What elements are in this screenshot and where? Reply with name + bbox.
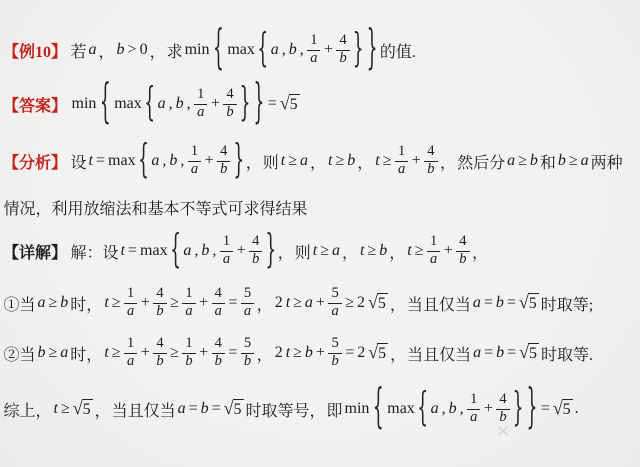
fraction: 5a	[241, 286, 254, 320]
fraction: 1a	[307, 33, 320, 67]
brace: {	[138, 141, 149, 180]
numerator: 4	[336, 33, 349, 51]
math-variable: a	[303, 294, 314, 312]
math-variable: t	[284, 344, 291, 362]
numerator: 4	[212, 336, 225, 354]
math-roman: =	[483, 344, 495, 362]
denominator: a	[398, 162, 405, 178]
numerator: 5	[241, 286, 254, 304]
numerator: 1	[124, 286, 137, 304]
radicand: 5	[528, 293, 539, 313]
fraction: 5b	[328, 336, 341, 370]
math-variable: a	[506, 152, 517, 170]
case2-line: ②当b≥a时，t≥1a+4b≥1b+4b=5b，2t≥b+5b=2√5，当且仅当…	[3, 328, 638, 378]
text: ，	[245, 150, 262, 173]
fraction: 1a	[395, 144, 408, 178]
math-variable: t	[359, 242, 366, 260]
text: ，	[342, 240, 359, 263]
sqrt-expression: √5	[73, 399, 93, 419]
analysis-line-label: 【分析】	[3, 150, 67, 173]
text: 和	[539, 150, 556, 173]
fraction: 4b	[217, 144, 230, 178]
math-variable: a	[579, 152, 590, 170]
brace: {	[257, 30, 268, 69]
numerator: 1	[220, 234, 233, 252]
sqrt-expression: √5	[224, 399, 244, 419]
sqrt-expression: √5	[519, 293, 539, 313]
math-variable: b	[556, 152, 567, 170]
denominator: b	[331, 354, 338, 370]
math-roman: ≥	[517, 152, 529, 170]
math-variable: b	[115, 41, 126, 59]
math-variable: a	[59, 344, 70, 362]
brace: }	[526, 386, 537, 433]
math-roman: ≥	[334, 152, 346, 170]
math-variable: a	[87, 41, 98, 59]
math-variable: b	[495, 344, 506, 362]
math-variable: a	[299, 152, 310, 170]
math-roman: ≥	[110, 294, 122, 312]
fraction: 1a	[194, 87, 207, 121]
math-roman: min	[183, 41, 211, 59]
math-roman: 2	[273, 344, 284, 362]
radicand: 5	[233, 399, 244, 419]
text: 然后分	[457, 150, 506, 173]
numerator: 4	[153, 336, 166, 354]
math-variable: b	[528, 152, 539, 170]
text: 情况，利用放缩法和基本不等式可求得结果	[3, 196, 308, 219]
case1-line: ①当a≥b时，t≥1a+4b≥1a+4a=5a，2t≥a+5a≥2√5，当且仅当…	[3, 278, 638, 328]
text: ，	[277, 240, 294, 263]
brace: }	[513, 389, 524, 428]
fraction: 4b	[153, 336, 166, 370]
math-variable: t	[103, 294, 110, 312]
brace: {	[100, 81, 111, 128]
document-body: 【例10】若a，b>0，求min{max{a,b,1a+4b}}的值.【答案】m…	[0, 0, 640, 440]
math-roman: +	[139, 344, 151, 362]
math-roman: +	[482, 400, 494, 418]
math-roman: 0	[138, 41, 149, 59]
math-roman: ≥	[292, 294, 304, 312]
math-roman: =	[187, 400, 199, 418]
example-line: 【例10】若a，b>0，求min{max{a,b,1a+4b}}的值.	[3, 24, 638, 76]
brace: }	[353, 30, 364, 69]
math-roman: +	[314, 294, 326, 312]
math-roman: =	[539, 400, 551, 418]
radicand: 5	[289, 94, 300, 114]
text: 时取等号，	[245, 398, 326, 421]
radicand: 5	[528, 343, 539, 363]
brace: }	[367, 27, 378, 74]
text: 当且仅当	[406, 292, 471, 315]
fraction: 4b	[336, 33, 349, 67]
math-roman: max	[113, 95, 144, 113]
text: 时取等;	[540, 292, 593, 315]
text: 时取等.	[540, 342, 593, 365]
text: 的值.	[379, 39, 416, 62]
text: 时，	[70, 342, 103, 365]
math-roman: max	[107, 152, 138, 170]
math-variable: b	[378, 242, 389, 260]
math-roman: ,	[298, 41, 305, 59]
math-roman: ≥	[413, 242, 425, 260]
fraction: 1a	[427, 234, 440, 268]
numerator: 1	[194, 87, 207, 105]
text: 求	[166, 39, 183, 62]
numerator: 4	[153, 286, 166, 304]
math-roman: max	[226, 41, 257, 59]
numerator: 4	[496, 392, 509, 410]
math-roman: =	[344, 344, 356, 362]
denominator: a	[244, 304, 251, 320]
brace: {	[373, 386, 384, 433]
numerator: 1	[182, 286, 195, 304]
math-roman: ,	[167, 95, 174, 113]
math-roman: +	[322, 41, 334, 59]
solution-line: 【详解】解：设t=max{a,b,1a+4b}，则t≥a，t≥b，t≥1a+4b…	[3, 224, 638, 278]
math-variable: t	[327, 152, 334, 170]
math-roman: ≥	[169, 294, 181, 312]
radicand: 5	[562, 399, 573, 419]
answer-line-label: 【答案】	[3, 93, 67, 116]
fraction: 5a	[328, 286, 341, 320]
math-variable: b	[494, 294, 505, 312]
fraction: 4b	[212, 336, 225, 370]
fraction: 1a	[124, 336, 137, 370]
math-roman: =	[506, 344, 518, 362]
math-roman: +	[410, 152, 422, 170]
radicand: 5	[82, 399, 93, 419]
sqrt-expression: √5	[368, 343, 388, 363]
numerator: 5	[241, 336, 254, 354]
denominator: b	[427, 162, 434, 178]
math-roman: =	[210, 400, 222, 418]
numerator: 1	[395, 144, 408, 162]
radicand: 5	[377, 343, 388, 363]
math-roman: ,	[458, 400, 465, 418]
denominator: b	[459, 252, 466, 268]
math-roman: ≥	[59, 400, 71, 418]
denominator: b	[252, 252, 259, 268]
math-variable: a	[471, 294, 482, 312]
text: 若	[70, 39, 87, 62]
fraction: 1a	[467, 392, 480, 426]
denominator: a	[310, 51, 317, 67]
math-roman: +	[314, 344, 326, 362]
text: ①当	[3, 292, 36, 315]
math-roman: ≥	[567, 152, 579, 170]
brace: {	[417, 389, 428, 428]
conclusion-line: 综上，t≥√5，当且仅当a=b=√5时取等号，即min{max{a,b,1a+4…	[3, 378, 638, 440]
denominator: a	[127, 304, 134, 320]
brace: }	[265, 231, 276, 270]
math-variable: t	[279, 152, 286, 170]
math-roman: =	[505, 294, 517, 312]
math-roman: =	[227, 294, 239, 312]
brace: }	[240, 84, 251, 123]
text: 则	[262, 150, 279, 173]
math-roman: 2	[273, 294, 284, 312]
text: ，	[149, 39, 166, 62]
brace: }	[253, 81, 264, 128]
math-variable: b	[36, 344, 47, 362]
math-roman: =	[227, 344, 239, 362]
math-roman: +	[209, 95, 221, 113]
math-roman: +	[235, 242, 247, 260]
math-roman: =	[126, 242, 138, 260]
brace: {	[213, 27, 224, 74]
math-variable: b	[199, 400, 210, 418]
math-variable: t	[103, 344, 110, 362]
text: ，	[256, 292, 273, 315]
math-roman: +	[198, 294, 210, 312]
denominator: a	[215, 304, 222, 320]
numerator: 4	[223, 87, 236, 105]
math-roman: ,	[161, 152, 168, 170]
math-roman: ≥	[169, 344, 181, 362]
math-variable: b	[200, 242, 211, 260]
math-variable: a	[269, 41, 280, 59]
math-roman: +	[198, 344, 210, 362]
numerator: 1	[182, 336, 195, 354]
math-variable: t	[119, 242, 126, 260]
math-roman: max	[386, 400, 417, 418]
denominator: b	[226, 105, 233, 121]
math-roman: ,	[193, 242, 200, 260]
math-roman: +	[139, 294, 151, 312]
math-roman: min	[343, 400, 371, 418]
math-roman: ,	[179, 152, 186, 170]
text: 解：设	[70, 240, 119, 263]
sqrt-expression: √5	[519, 343, 539, 363]
numerator: 5	[328, 286, 341, 304]
fraction: 1a	[182, 286, 195, 320]
denominator: b	[499, 410, 506, 426]
math-roman: ≥	[319, 242, 331, 260]
numerator: 4	[212, 286, 225, 304]
text: ，	[389, 292, 406, 315]
text: 两种	[590, 150, 623, 173]
math-variable: t	[284, 294, 291, 312]
text: 即	[326, 398, 343, 421]
analysis-continued-line: 情况，利用放缩法和基本不等式可求得结果	[3, 190, 638, 224]
math-variable: t	[406, 242, 413, 260]
math-roman: ≥	[287, 152, 299, 170]
math-variable: a	[156, 95, 167, 113]
text: 综上，	[3, 398, 52, 421]
sqrt-expression: √5	[280, 94, 300, 114]
math-roman: =	[94, 152, 106, 170]
math-roman: +	[442, 242, 454, 260]
math-variable: b	[346, 152, 357, 170]
answer-line: 【答案】min{max{a,b,1a+4b}}=√5	[3, 76, 638, 132]
sqrt-expression: √5	[368, 293, 388, 313]
example-line-label: 【例10】	[3, 39, 67, 62]
fraction: 4b	[456, 234, 469, 268]
text: .	[574, 400, 579, 418]
math-roman: min	[70, 95, 98, 113]
math-variable: a	[472, 344, 483, 362]
denominator: b	[156, 354, 163, 370]
numerator: 4	[217, 144, 230, 162]
numerator: 1	[188, 144, 201, 162]
text: ，	[94, 398, 111, 421]
fraction: 1a	[188, 144, 201, 178]
denominator: b	[220, 162, 227, 178]
math-roman: >	[126, 41, 138, 59]
math-variable: b	[59, 294, 70, 312]
numerator: 5	[328, 336, 341, 354]
math-variable: b	[168, 152, 179, 170]
math-roman: 2	[356, 344, 367, 362]
text: ，	[472, 240, 489, 263]
denominator: b	[339, 51, 346, 67]
fraction: 4b	[496, 392, 509, 426]
fraction: 5b	[241, 336, 254, 370]
math-variable: b	[174, 95, 185, 113]
denominator: b	[244, 354, 251, 370]
numerator: 1	[467, 392, 480, 410]
fraction: 1a	[124, 286, 137, 320]
fraction: 4b	[153, 286, 166, 320]
math-variable: a	[36, 294, 47, 312]
denominator: a	[197, 105, 204, 121]
analysis-line: 【分析】设t=max{a,b,1a+4b}，则t≥a，t≥b，t≥1a+4b，然…	[3, 132, 638, 190]
math-roman: ,	[280, 41, 287, 59]
math-variable: a	[182, 242, 193, 260]
radicand: 5	[377, 293, 388, 313]
math-variable: b	[287, 41, 298, 59]
math-variable: b	[447, 400, 458, 418]
math-roman: +	[203, 152, 215, 170]
fraction: 4a	[212, 286, 225, 320]
text: ，	[357, 150, 374, 173]
text: ，	[440, 150, 457, 173]
sqrt-expression: √5	[553, 399, 573, 419]
math-variable: a	[429, 400, 440, 418]
denominator: a	[185, 304, 192, 320]
numerator: 1	[427, 234, 440, 252]
math-variable: t	[374, 152, 381, 170]
numerator: 4	[456, 234, 469, 252]
math-variable: a	[331, 242, 342, 260]
numerator: 4	[424, 144, 437, 162]
math-roman: ≥	[292, 344, 304, 362]
text: ，	[389, 240, 406, 263]
text: 时，	[70, 292, 103, 315]
math-roman: =	[266, 95, 278, 113]
text: 当且仅当	[111, 398, 176, 421]
denominator: a	[191, 162, 198, 178]
denominator: b	[185, 354, 192, 370]
brace: {	[170, 231, 181, 270]
denominator: a	[331, 304, 338, 320]
text: 则	[294, 240, 311, 263]
math-roman: 2	[355, 294, 366, 312]
numerator: 4	[249, 234, 262, 252]
math-variable: a	[176, 400, 187, 418]
math-variable: t	[87, 152, 94, 170]
math-roman: ≥	[47, 294, 59, 312]
text: 设	[70, 150, 87, 173]
fraction: 4b	[223, 87, 236, 121]
fraction: 4b	[249, 234, 262, 268]
denominator: a	[127, 354, 134, 370]
numerator: 1	[124, 336, 137, 354]
brace: }	[233, 141, 244, 180]
fraction: 4b	[424, 144, 437, 178]
math-roman: max	[139, 242, 170, 260]
text: ，	[390, 342, 407, 365]
math-roman: ,	[440, 400, 447, 418]
fraction: 1a	[220, 234, 233, 268]
numerator: 1	[307, 33, 320, 51]
text: ②当	[3, 342, 36, 365]
denominator: b	[156, 304, 163, 320]
text: ，	[256, 342, 273, 365]
denominator: b	[215, 354, 222, 370]
fraction: 1b	[182, 336, 195, 370]
brace: {	[144, 84, 155, 123]
math-roman: ,	[185, 95, 192, 113]
math-roman: ≥	[344, 294, 356, 312]
math-roman: =	[482, 294, 494, 312]
denominator: a	[430, 252, 437, 268]
math-variable: a	[150, 152, 161, 170]
solution-line-label: 【详解】	[3, 240, 67, 263]
math-variable: t	[52, 400, 59, 418]
text: ，	[310, 150, 327, 173]
math-variable: b	[303, 344, 314, 362]
text: ，	[98, 39, 115, 62]
denominator: a	[470, 410, 477, 426]
math-variable: t	[311, 242, 318, 260]
denominator: a	[223, 252, 230, 268]
math-roman: ≥	[47, 344, 59, 362]
text: 当且仅当	[407, 342, 472, 365]
math-roman: ≥	[110, 344, 122, 362]
math-roman: ≥	[381, 152, 393, 170]
math-roman: ,	[211, 242, 218, 260]
math-roman: ≥	[366, 242, 378, 260]
